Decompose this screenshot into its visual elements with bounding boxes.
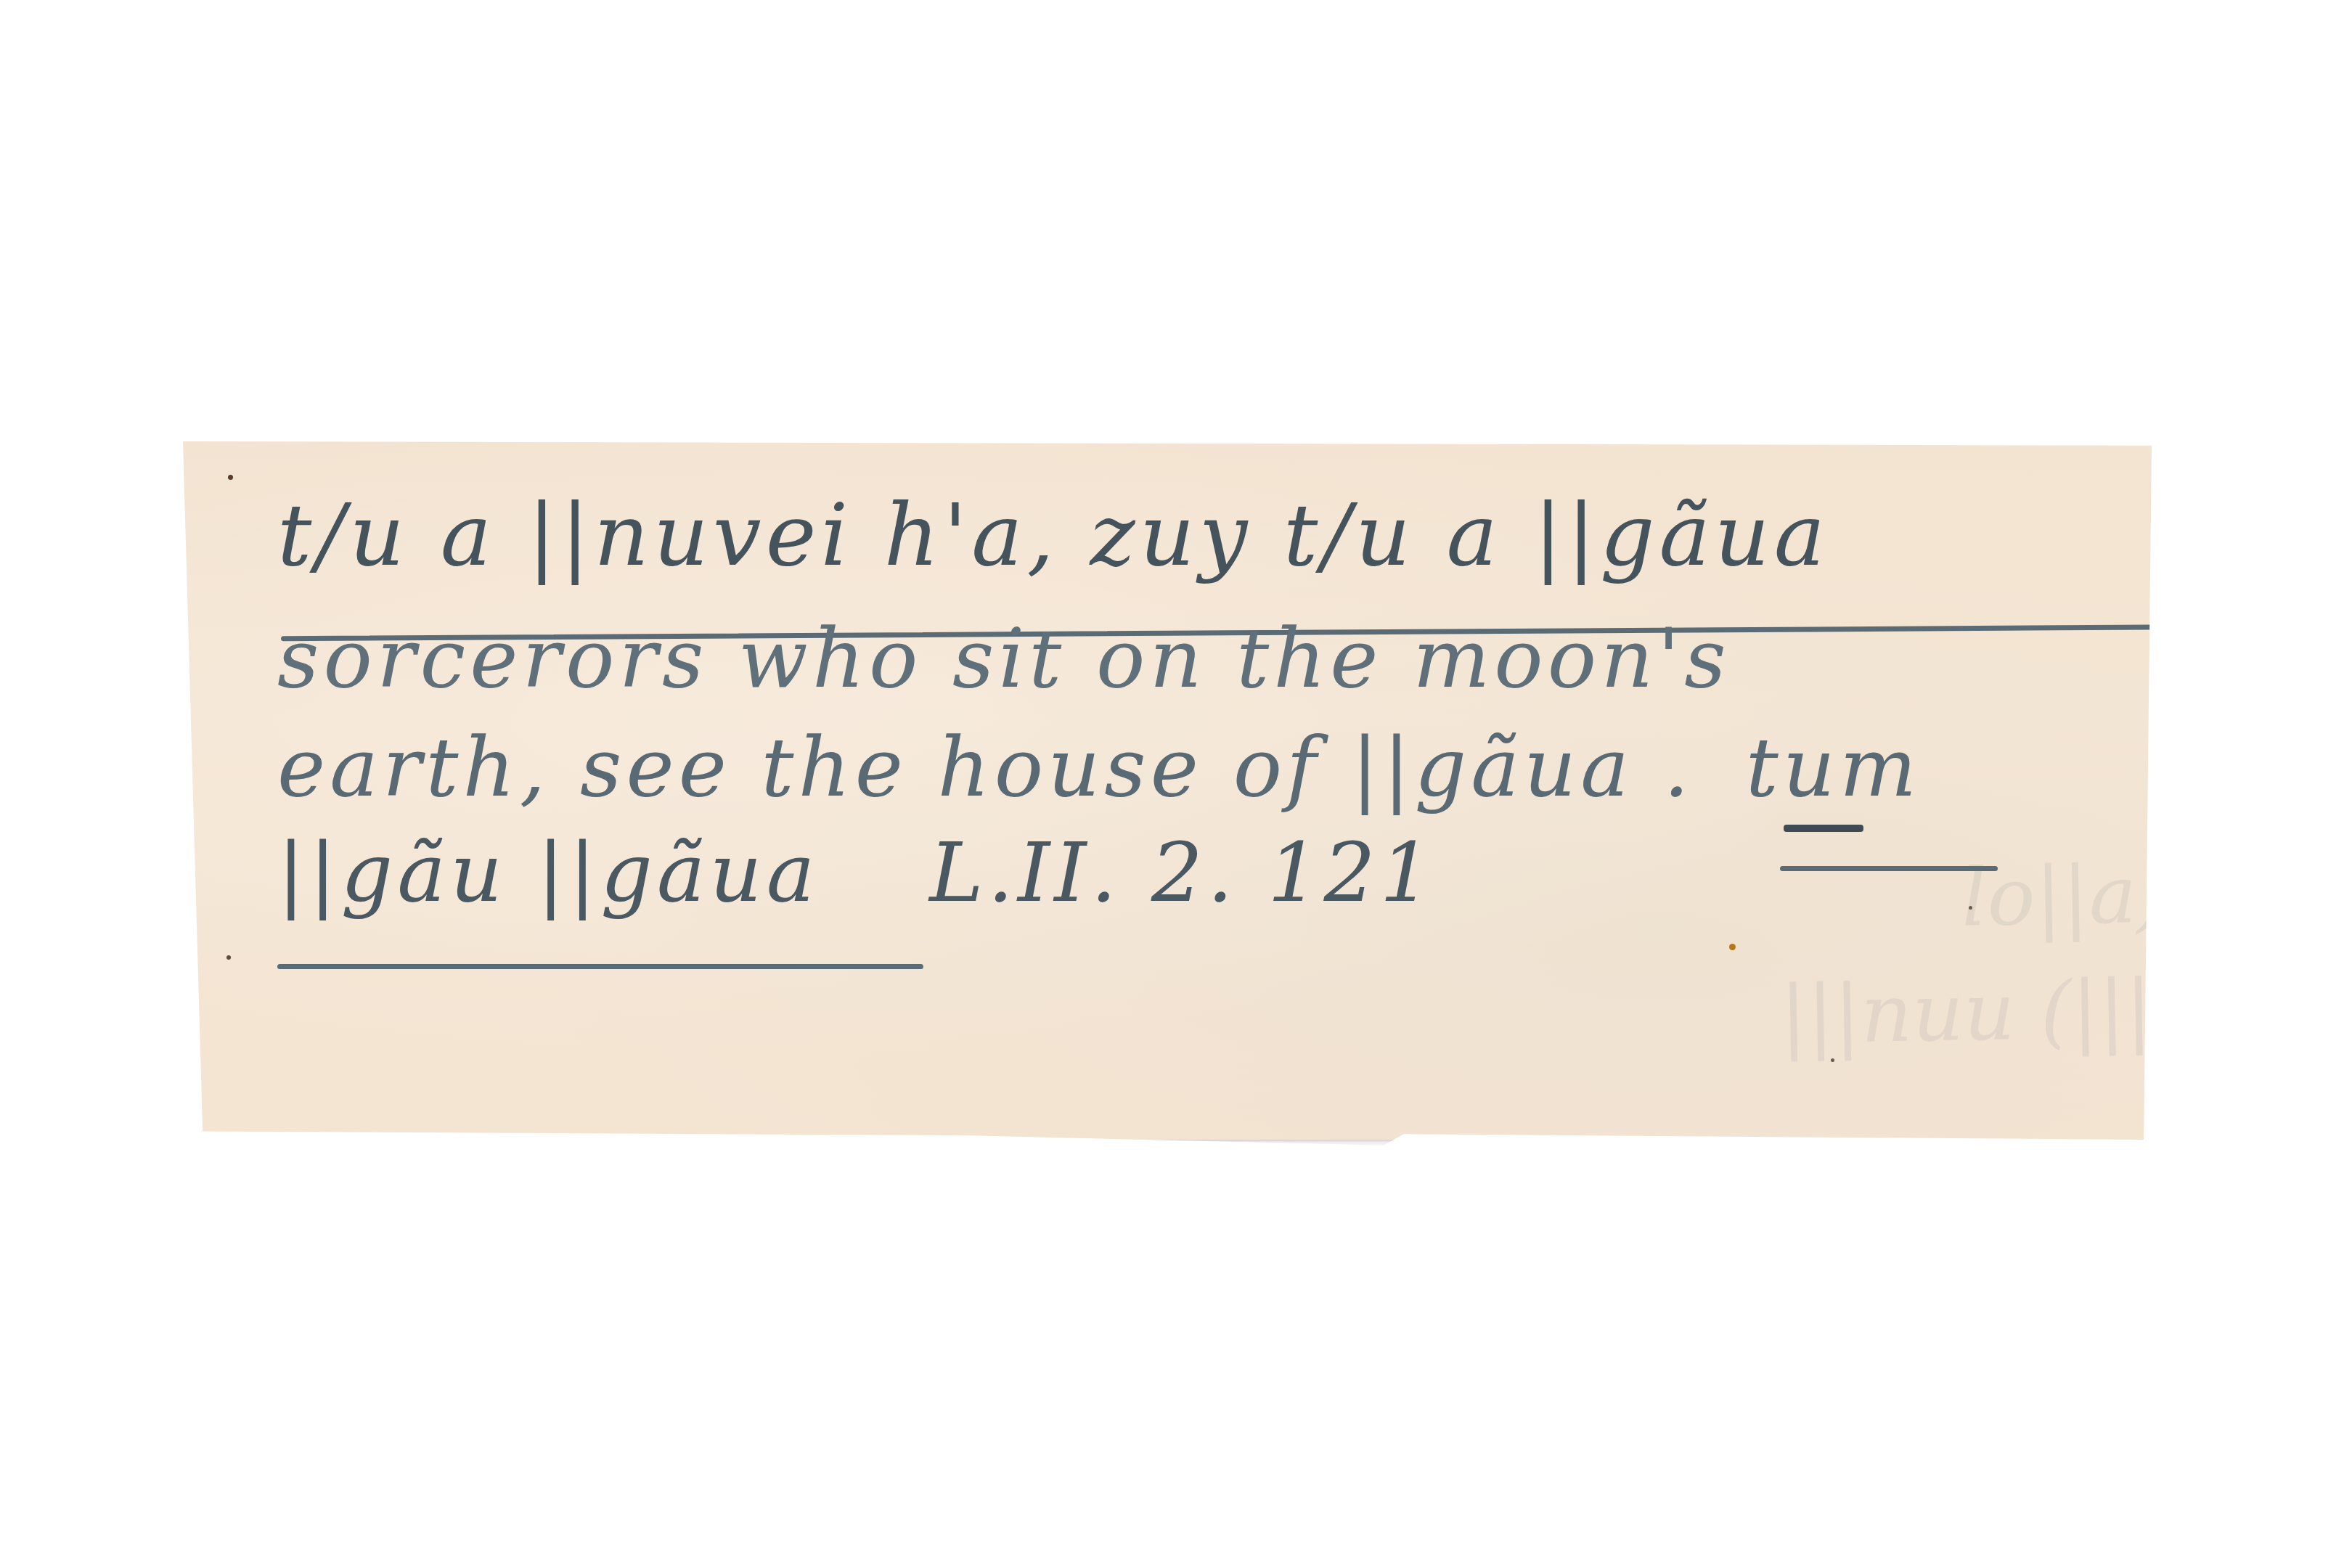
line-3-tail-word: tum [1746,721,1921,815]
line-3-tail-underline [1780,866,1998,871]
paper-speck [1969,906,1972,910]
line-4-underline [277,964,923,969]
bleed-through-text: |||nuu (|||) ||... [1779,959,2340,1061]
line-3-main-text: earth, see the house of ||gãua . [277,721,1694,815]
handwritten-line-4: ||gãu ||gãua L.II. 2. 121 [277,826,1436,920]
handwritten-line-3: earth, see the house of ||gãua . tum [277,721,1921,815]
bleed-through-text: lo||a) ... || [1961,844,2349,944]
paper-speck [228,475,233,480]
page-reference: L.II. 2. 121 [929,826,1436,920]
paper-slip: lo||a) ... || |||nuu (|||) ||... t/u a |… [183,441,2152,1140]
paper-speck [226,955,231,960]
handwritten-line-2: sorcerors who sit on the moon's [277,612,1731,706]
handwritten-line-1: t/u a ||nuvei h'a, zuy t/u a ||gãua [277,485,1829,585]
paper-speck [1831,1058,1834,1062]
tail-word-overbar [1784,825,1863,832]
line-4-main-text: ||gãu ||gãua [277,826,820,920]
paper-speck [1729,944,1736,950]
